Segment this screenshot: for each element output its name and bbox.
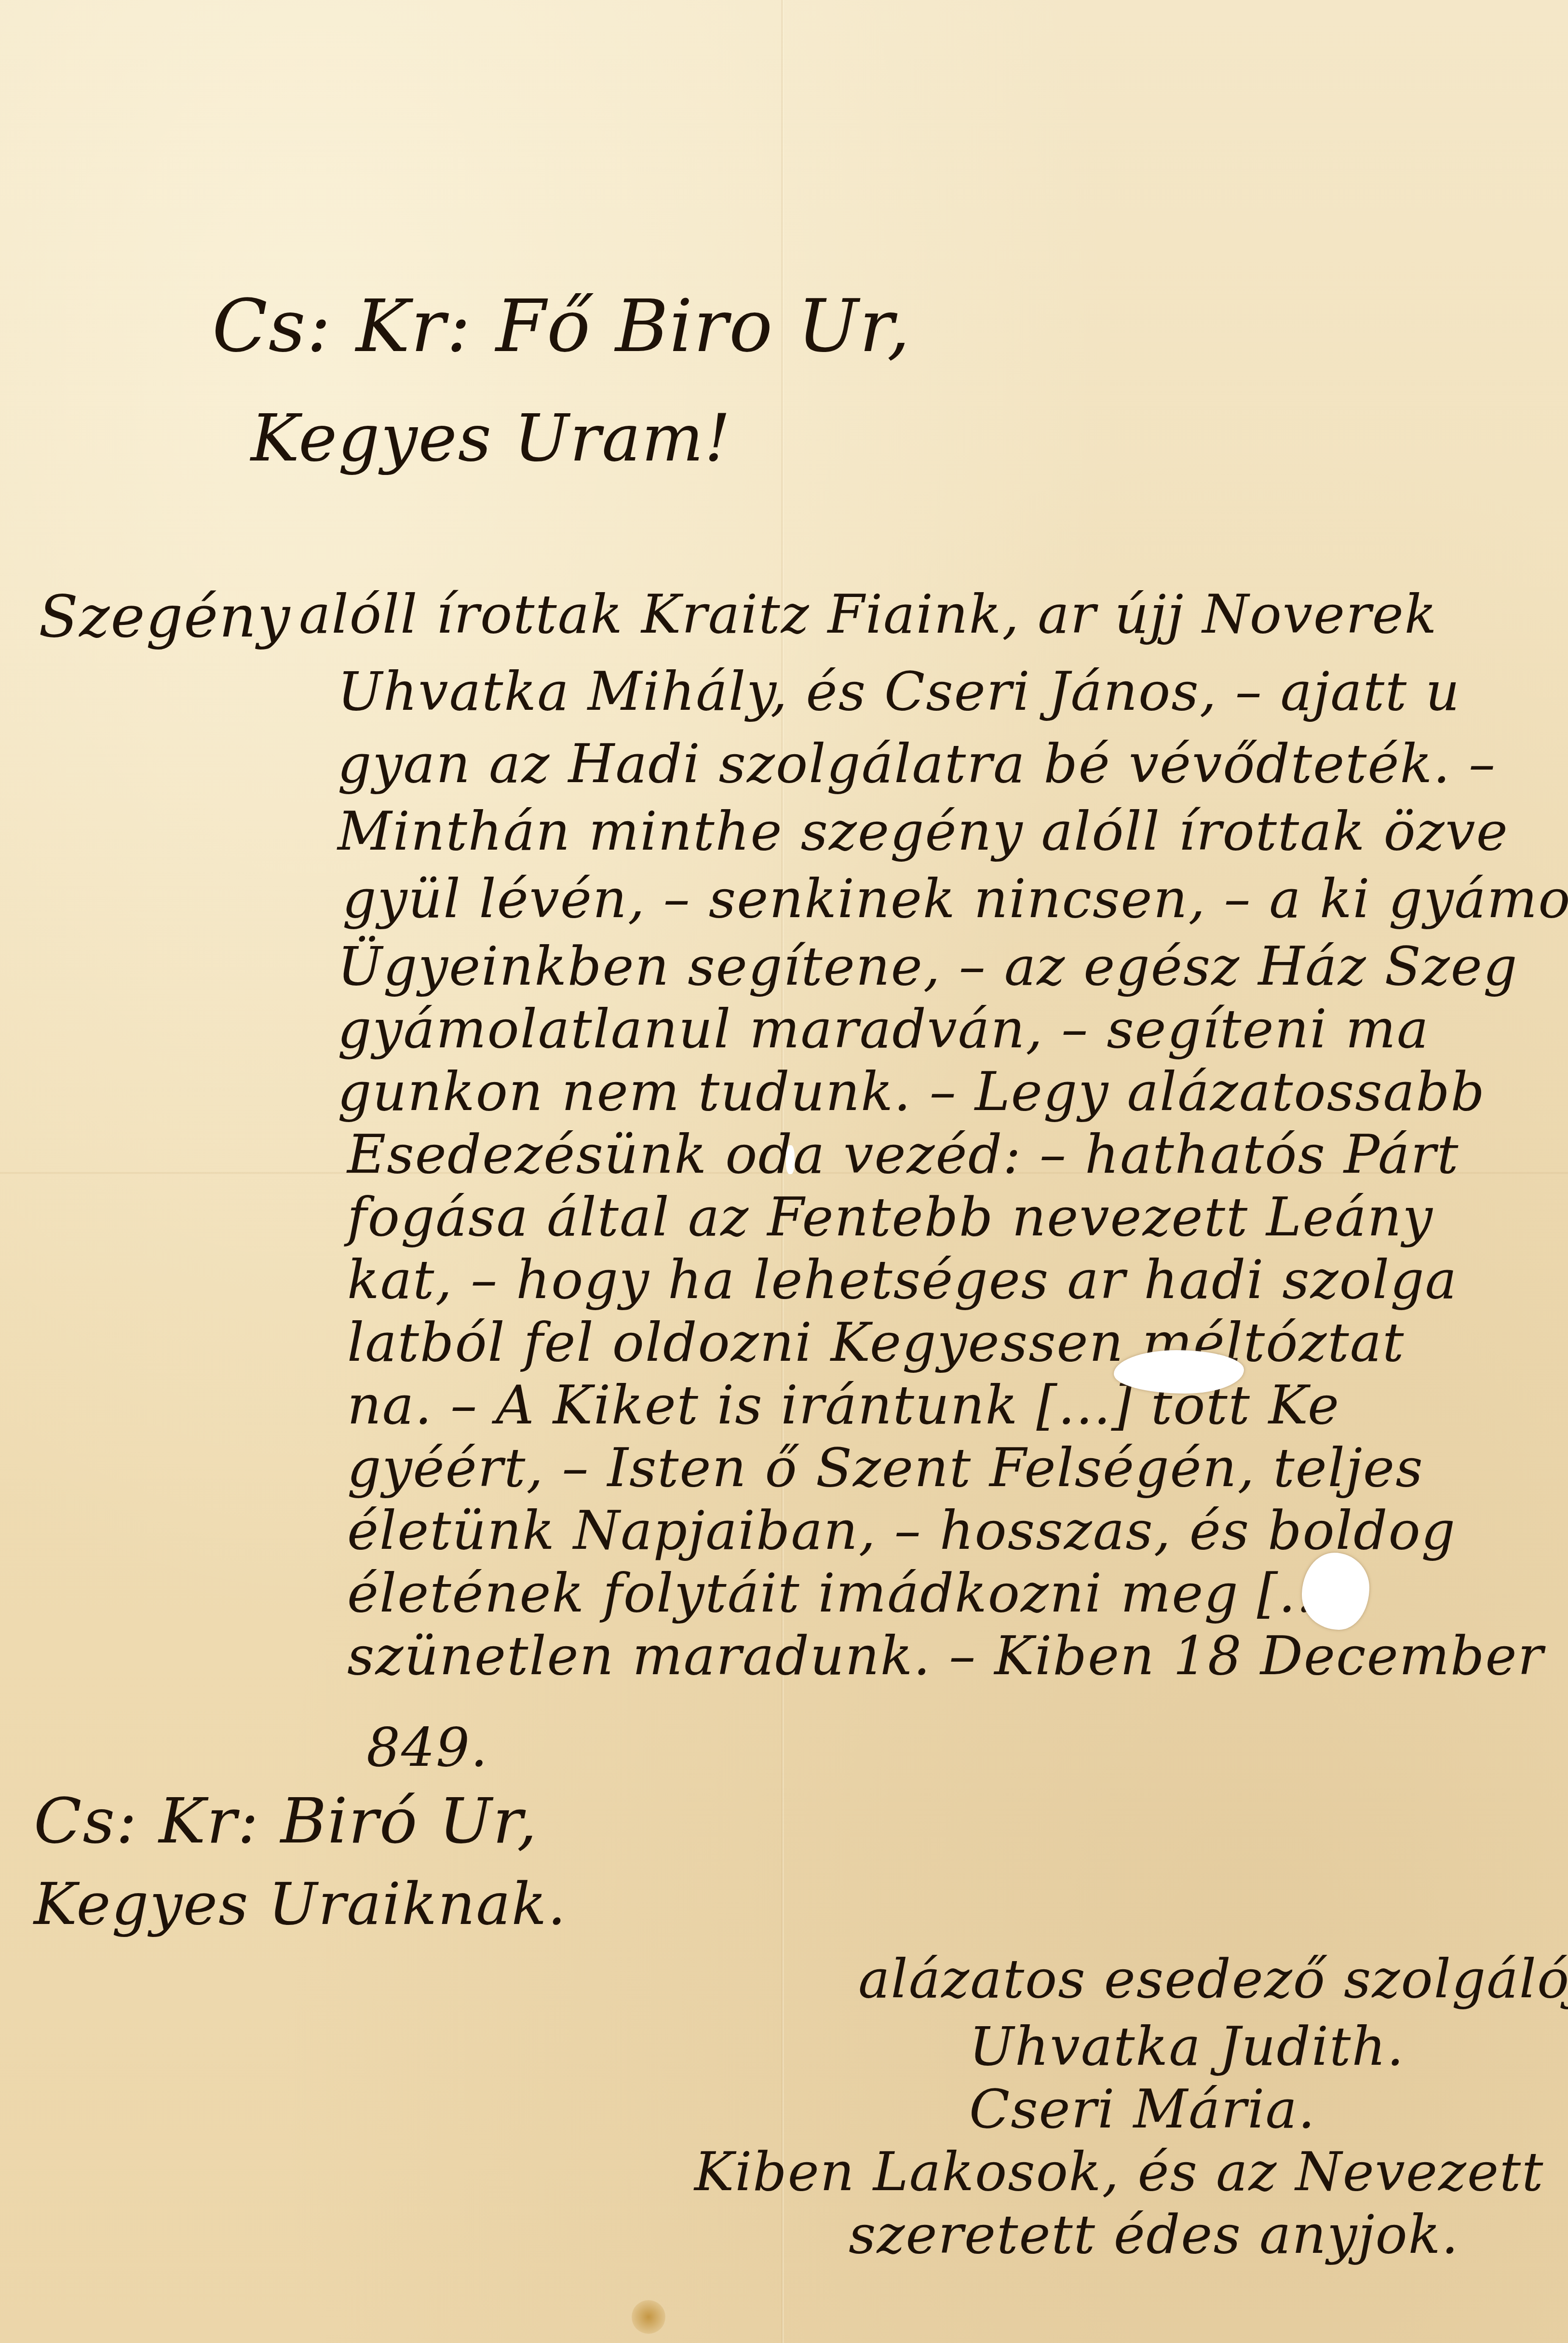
body-line-3: gyan az Hadi szolgálatra bé vévődteték. … xyxy=(338,733,1496,795)
body-line-16: életének folytáit imádkozni meg [...] xyxy=(347,1562,1353,1624)
signature-line-4: Kiben Lakosok, és az Nevezett xyxy=(694,2141,1544,2203)
body-line-14: gyéért, – Isten ő Szent Felségén, teljes xyxy=(347,1437,1424,1499)
paper-hole xyxy=(1302,1553,1369,1630)
body-margin-word: Szegény xyxy=(39,583,291,650)
paper-hole xyxy=(1114,1350,1244,1394)
signature-line-3: Cseri Mária. xyxy=(969,2078,1316,2140)
paper-stain xyxy=(632,2300,665,2334)
closing-line-1: Cs: Kr: Biró Ur, xyxy=(34,1784,538,1857)
paper-tear xyxy=(786,1145,795,1174)
body-line-18-year: 849. xyxy=(366,1717,488,1778)
body-line-7: gyámolatlanul maradván, – segíteni ma xyxy=(338,998,1430,1060)
body-line-4: Minthán minthe szegény alóll írottak özv… xyxy=(338,800,1509,862)
body-line-8: gunkon nem tudunk. – Legy alázatossabb xyxy=(338,1061,1486,1123)
signature-line-2: Uhvatka Judith. xyxy=(969,2016,1405,2077)
body-line-12: latból fel oldozni Kegyessen méltóztat xyxy=(347,1312,1405,1373)
body-line-15: életünk Napjaiban, – hosszas, és boldog xyxy=(347,1500,1456,1561)
body-line-17: szünetlen maradunk. – Kiben 18 December xyxy=(347,1625,1544,1687)
body-line-9: Esedezésünk oda vezéd: – hathatós Párt xyxy=(347,1124,1459,1185)
closing-line-2: Kegyes Uraiknak. xyxy=(34,1871,567,1938)
body-line-11: kat, – hogy ha lehetséges ar hadi szolga xyxy=(347,1249,1458,1311)
signature-line-5: szeretett édes anyjok. xyxy=(849,2204,1459,2265)
salutation-line-2: Kegyes Uram! xyxy=(251,400,731,476)
salutation-line-1: Cs: Kr: Fő Biro Ur, xyxy=(212,284,911,368)
body-line-6: Ügyeinkben segítene, – az egész Ház Szeg xyxy=(338,935,1518,997)
body-line-2: Uhvatka Mihály, és Cseri János, – ajatt … xyxy=(338,661,1460,722)
signature-line-1: alázatos esedező szolgálóji xyxy=(858,1948,1568,2010)
body-line-10: fogása által az Fentebb nevezett Leány xyxy=(347,1186,1433,1248)
body-line-1: alóll írottak Kraitz Fiaink, ar újj Nove… xyxy=(299,583,1437,645)
body-line-5: gyül lévén, – senkinek nincsen, – a ki g… xyxy=(342,868,1568,930)
